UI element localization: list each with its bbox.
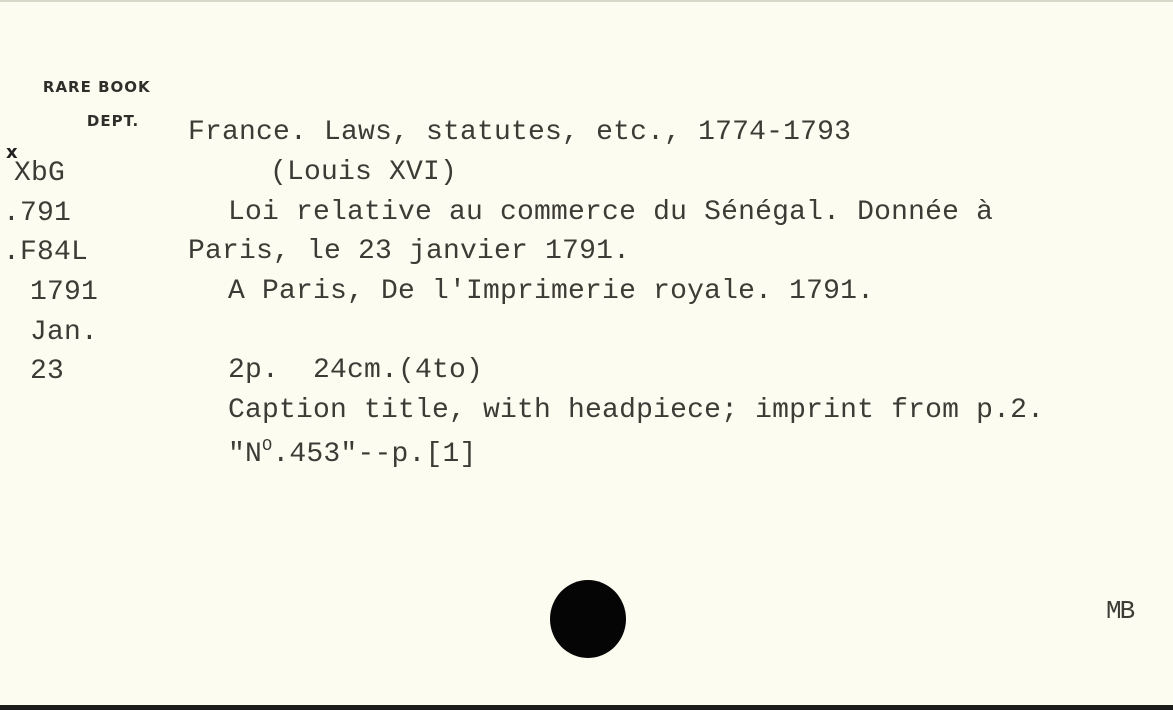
note-number: "NO.453"--p.[1]: [228, 438, 476, 469]
note-caption-title: Caption title, with headpiece; imprint f…: [228, 397, 1044, 425]
call-number-line-4: 1791: [30, 279, 98, 307]
call-number-line-5: Jan.: [30, 319, 98, 347]
main-heading: France. Laws, statutes, etc., 1774-1793: [188, 119, 851, 147]
imprint: A Paris, De l'Imprimerie royale. 1791.: [228, 278, 874, 306]
title-line-2: Paris, le 23 janvier 1791.: [188, 238, 630, 266]
cataloger-initials: MB: [1106, 598, 1133, 624]
call-number-line-2: .791: [3, 200, 71, 228]
title-line-1: Loi relative au commerce du Sénégal. Don…: [228, 199, 993, 227]
heading-subdivision: (Louis XVI): [270, 159, 457, 187]
note-number-superscript: O: [262, 437, 272, 456]
call-number-line-6: 23: [30, 358, 64, 386]
stamp-line2: DEPT.: [87, 112, 139, 130]
call-number-line-3: .F84L: [3, 239, 88, 267]
note-number-prefix: "N: [228, 439, 262, 470]
rare-book-dept-stamp-line2: DEPT.: [62, 94, 139, 148]
card-punch-hole: [550, 580, 626, 658]
catalog-card: RARE BOOK DEPT. x XbG .791 .F84L 1791 Ja…: [0, 0, 1173, 710]
collation: 2p. 24cm.(4to): [228, 357, 483, 385]
call-number-line-1: XbG: [14, 160, 65, 188]
note-number-suffix: .453"--p.[1]: [272, 439, 476, 470]
